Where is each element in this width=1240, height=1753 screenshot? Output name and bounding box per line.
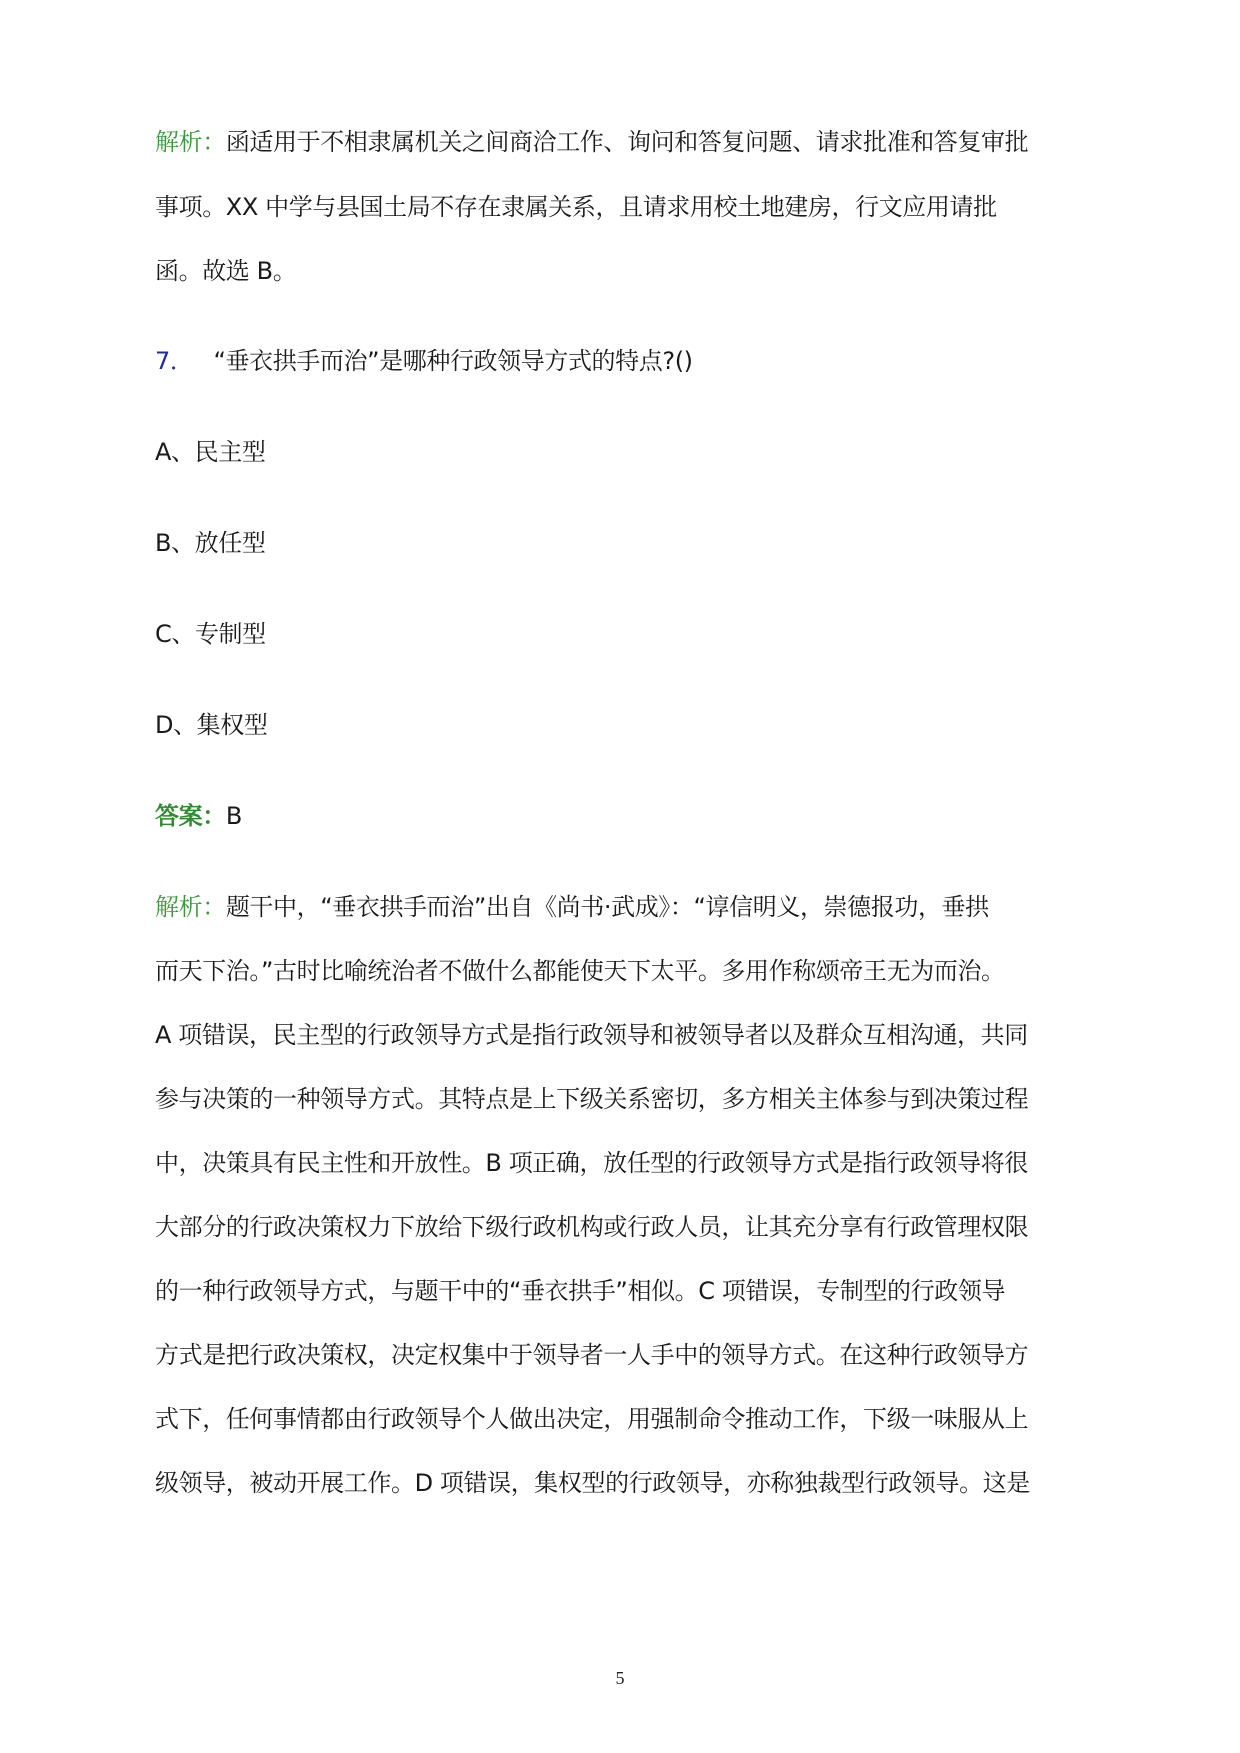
question-text: “垂衣拱手而治”是哪种行政领导方式的特点?() — [213, 347, 692, 375]
document-page: 解析：函适用于不相隶属机关之间商洽工作、询问和答复问题、请求批准和答复审批 事项… — [0, 0, 1240, 1753]
analysis-line-3: A 项错误，民主型的行政领导方式是指行政领导和被领导者以及群众互相沟通，共同 — [155, 1018, 1090, 1052]
option-a: A、民主型 — [155, 435, 1090, 469]
option-d: D、集权型 — [155, 708, 1090, 742]
analysis-label: 解析： — [155, 893, 226, 921]
question-stem: 7．“垂衣拱手而治”是哪种行政领导方式的特点?() — [155, 344, 1090, 378]
answer-line: 答案：B — [155, 799, 1090, 833]
analysis-line-6: 大部分的行政决策权力下放给下级行政机构或行政人员，让其充分享有行政管理权限 — [155, 1210, 1090, 1244]
analysis-line-10: 级领导，被动开展工作。D 项错误，集权型的行政领导，亦称独裁型行政领导。这是 — [155, 1466, 1090, 1500]
option-b: B、放任型 — [155, 526, 1090, 560]
prev-analysis-line-3: 函。故选 B。 — [155, 254, 1090, 288]
analysis-label: 解析： — [155, 128, 226, 156]
analysis-line-8: 方式是把行政决策权，决定权集中于领导者一人手中的领导方式。在这种行政领导方 — [155, 1338, 1090, 1372]
analysis-line-4: 参与决策的一种领导方式。其特点是上下级关系密切，多方相关主体参与到决策过程 — [155, 1082, 1090, 1116]
analysis-text: 题干中，“垂衣拱手而治”出自《尚书·武成》：“谆信明义，崇德报功，垂拱 — [226, 893, 989, 921]
analysis-line-7: 的一种行政领导方式，与题干中的“垂衣拱手”相似。C 项错误，专制型的行政领导 — [155, 1274, 1090, 1308]
prev-analysis-line-1: 解析：函适用于不相隶属机关之间商洽工作、询问和答复问题、请求批准和答复审批 — [155, 125, 1090, 159]
question-number: 7． — [155, 347, 193, 375]
page-number: 5 — [0, 1668, 1240, 1689]
analysis-line-1: 解析：题干中，“垂衣拱手而治”出自《尚书·武成》：“谆信明义，崇德报功，垂拱 — [155, 890, 1090, 924]
analysis-text: 函适用于不相隶属机关之间商洽工作、询问和答复问题、请求批准和答复审批 — [226, 128, 1028, 156]
analysis-line-9: 式下，任何事情都由行政领导个人做出决定，用强制命令推动工作，下级一味服从上 — [155, 1402, 1090, 1436]
analysis-line-5: 中，决策具有民主性和开放性。B 项正确，放任型的行政领导方式是指行政领导将很 — [155, 1146, 1090, 1180]
answer-label: 答案： — [155, 802, 226, 830]
answer-value: B — [226, 802, 242, 830]
prev-analysis-line-2: 事项。XX 中学与县国土局不存在隶属关系，且请求用校土地建房，行文应用请批 — [155, 190, 1090, 224]
option-c: C、专制型 — [155, 617, 1090, 651]
analysis-line-2: 而天下治。”古时比喻统治者不做什么都能使天下太平。多用作称颂帝王无为而治。 — [155, 954, 1090, 988]
